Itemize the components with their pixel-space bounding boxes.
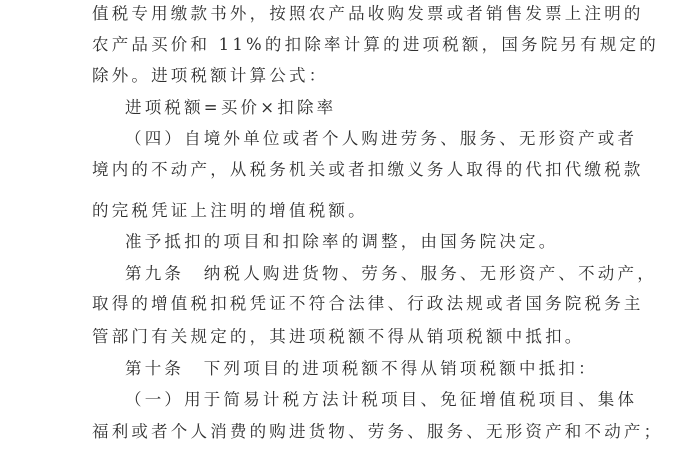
paragraph-line: （四）自境外单位或者个人购进劳务、服务、无形资产或者 — [125, 128, 618, 150]
paragraph-line: 取得的增值税扣税凭证不符合法律、行政法规或者国务院税务主 — [92, 293, 618, 315]
paragraph-line: 值税专用缴款书外，按照农产品收购发票或者销售发票上注明的 — [92, 3, 618, 25]
paragraph-line: 管部门有关规定的，其进项税额不得从销项税额中抵扣。 — [92, 326, 618, 348]
paragraph-line: （一）用于简易计税方法计税项目、免征增值税项目、集体 — [125, 389, 618, 411]
document-page: 值税专用缴款书外，按照农产品收购发票或者销售发票上注明的农产品买价和 11%的扣… — [0, 0, 700, 470]
paragraph-line: 第十条 下列项目的进项税额不得从销项税额中抵扣： — [125, 358, 618, 380]
paragraph-line: 除外。进项税额计算公式： — [92, 65, 618, 87]
paragraph-line: 第九条 纳税人购进货物、劳务、服务、无形资产、不动产， — [125, 263, 618, 285]
paragraph-line: 进项税额=买价×扣除率 — [125, 97, 618, 119]
paragraph-line: 农产品买价和 11%的扣除率计算的进项税额，国务院另有规定的 — [92, 34, 618, 56]
paragraph-line: 境内的不动产，从税务机关或者扣缴义务人取得的代扣代缴税款 — [92, 159, 618, 181]
paragraph-line: 准予抵扣的项目和扣除率的调整，由国务院决定。 — [125, 231, 618, 253]
paragraph-line: 福利或者个人消费的购进货物、劳务、服务、无形资产和不动产； — [92, 421, 618, 443]
paragraph-line: 的完税凭证上注明的增值税额。 — [92, 200, 618, 222]
